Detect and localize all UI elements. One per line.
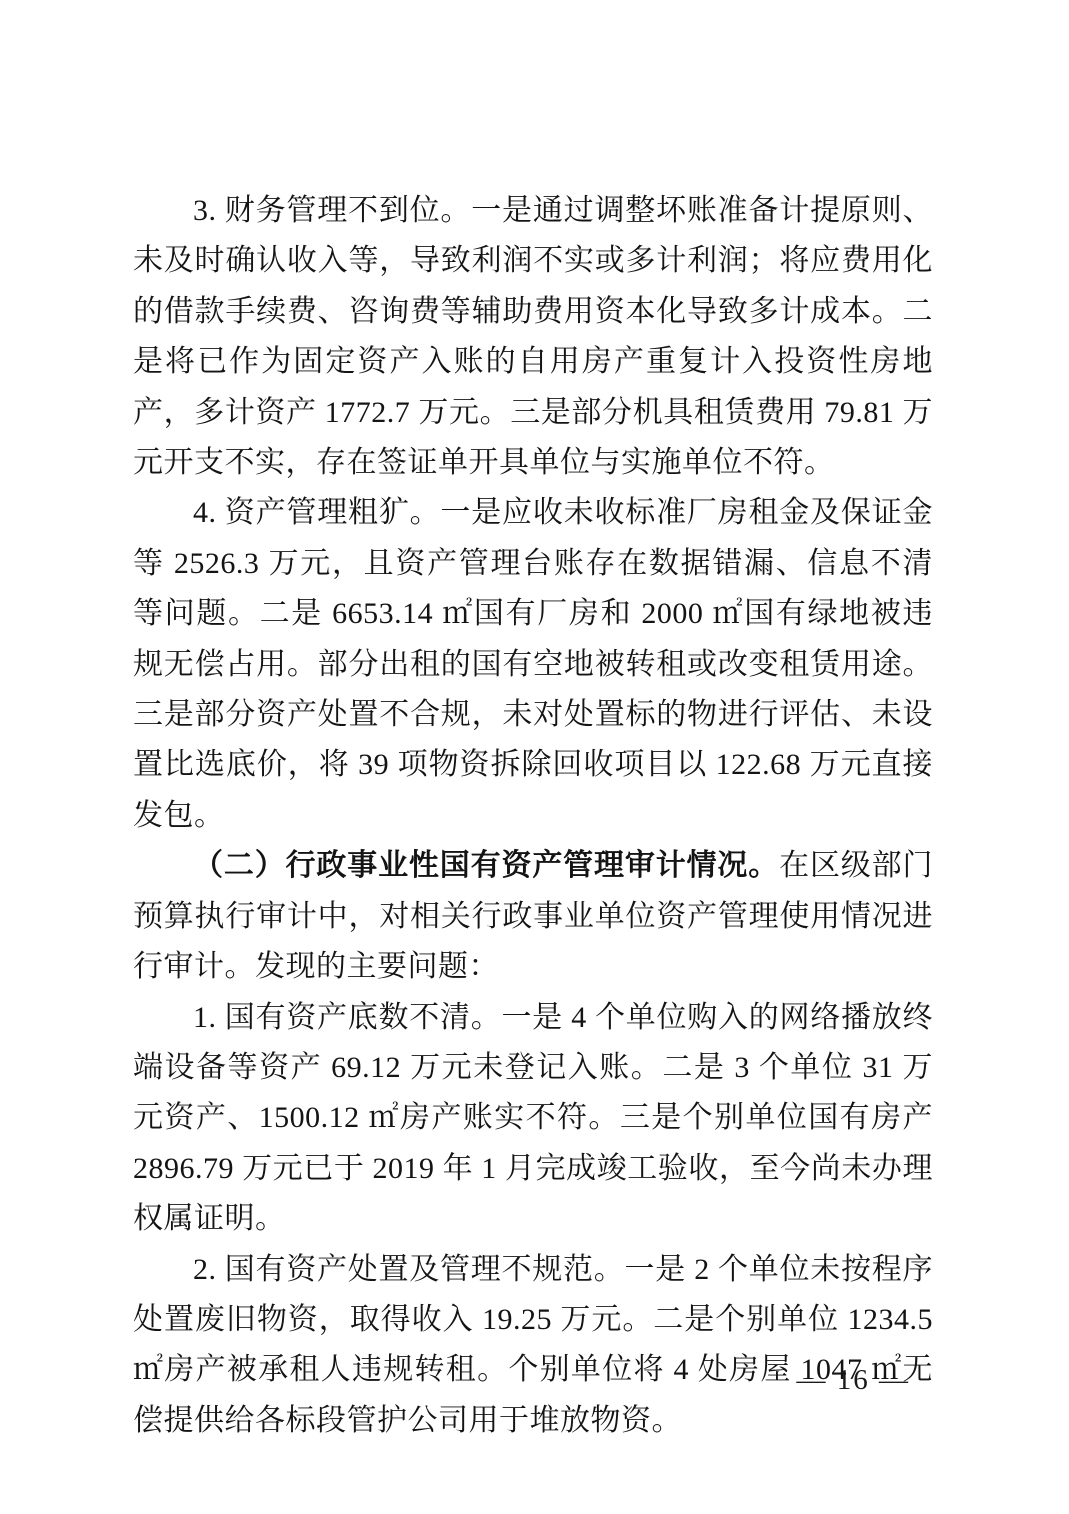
document-body: 3. 财务管理不到位。一是通过调整坏账准备计提原则、未及时确认收入等，导致利润不…: [133, 186, 933, 1446]
section-heading-bold: （二）行政事业性国有资产管理审计情况。: [193, 849, 779, 882]
para-text: 2. 国有资产处置及管理不规范。一是 2 个单位未按程序处置废旧物资，取得收入 …: [133, 1253, 933, 1437]
para-asset-base-unclear: 1. 国有资产底数不清。一是 4 个单位购入的网络播放终端设备等资产 69.12…: [133, 993, 933, 1245]
para-text: 4. 资产管理粗犷。一是应收未收标准厂房租金及保证金等 2526.3 万元，且资…: [133, 496, 933, 831]
page-number: — 16 —: [797, 1364, 911, 1396]
para-text: 3. 财务管理不到位。一是通过调整坏账准备计提原则、未及时确认收入等，导致利润不…: [133, 194, 933, 479]
para-text: 1. 国有资产底数不清。一是 4 个单位购入的网络播放终端设备等资产 69.12…: [133, 1001, 933, 1236]
para-section-heading-admin-assets: （二）行政事业性国有资产管理审计情况。在区级部门预算执行审计中，对相关行政事业单…: [133, 841, 933, 992]
para-asset-management: 4. 资产管理粗犷。一是应收未收标准厂房租金及保证金等 2526.3 万元，且资…: [133, 488, 933, 841]
para-asset-disposal-irregular: 2. 国有资产处置及管理不规范。一是 2 个单位未按程序处置废旧物资，取得收入 …: [133, 1245, 933, 1447]
para-finance-management: 3. 财务管理不到位。一是通过调整坏账准备计提原则、未及时确认收入等，导致利润不…: [133, 186, 933, 488]
document-page: 3. 财务管理不到位。一是通过调整坏账准备计提原则、未及时确认收入等，导致利润不…: [0, 0, 1069, 1514]
page-footer: — 16 —: [797, 1360, 911, 1400]
